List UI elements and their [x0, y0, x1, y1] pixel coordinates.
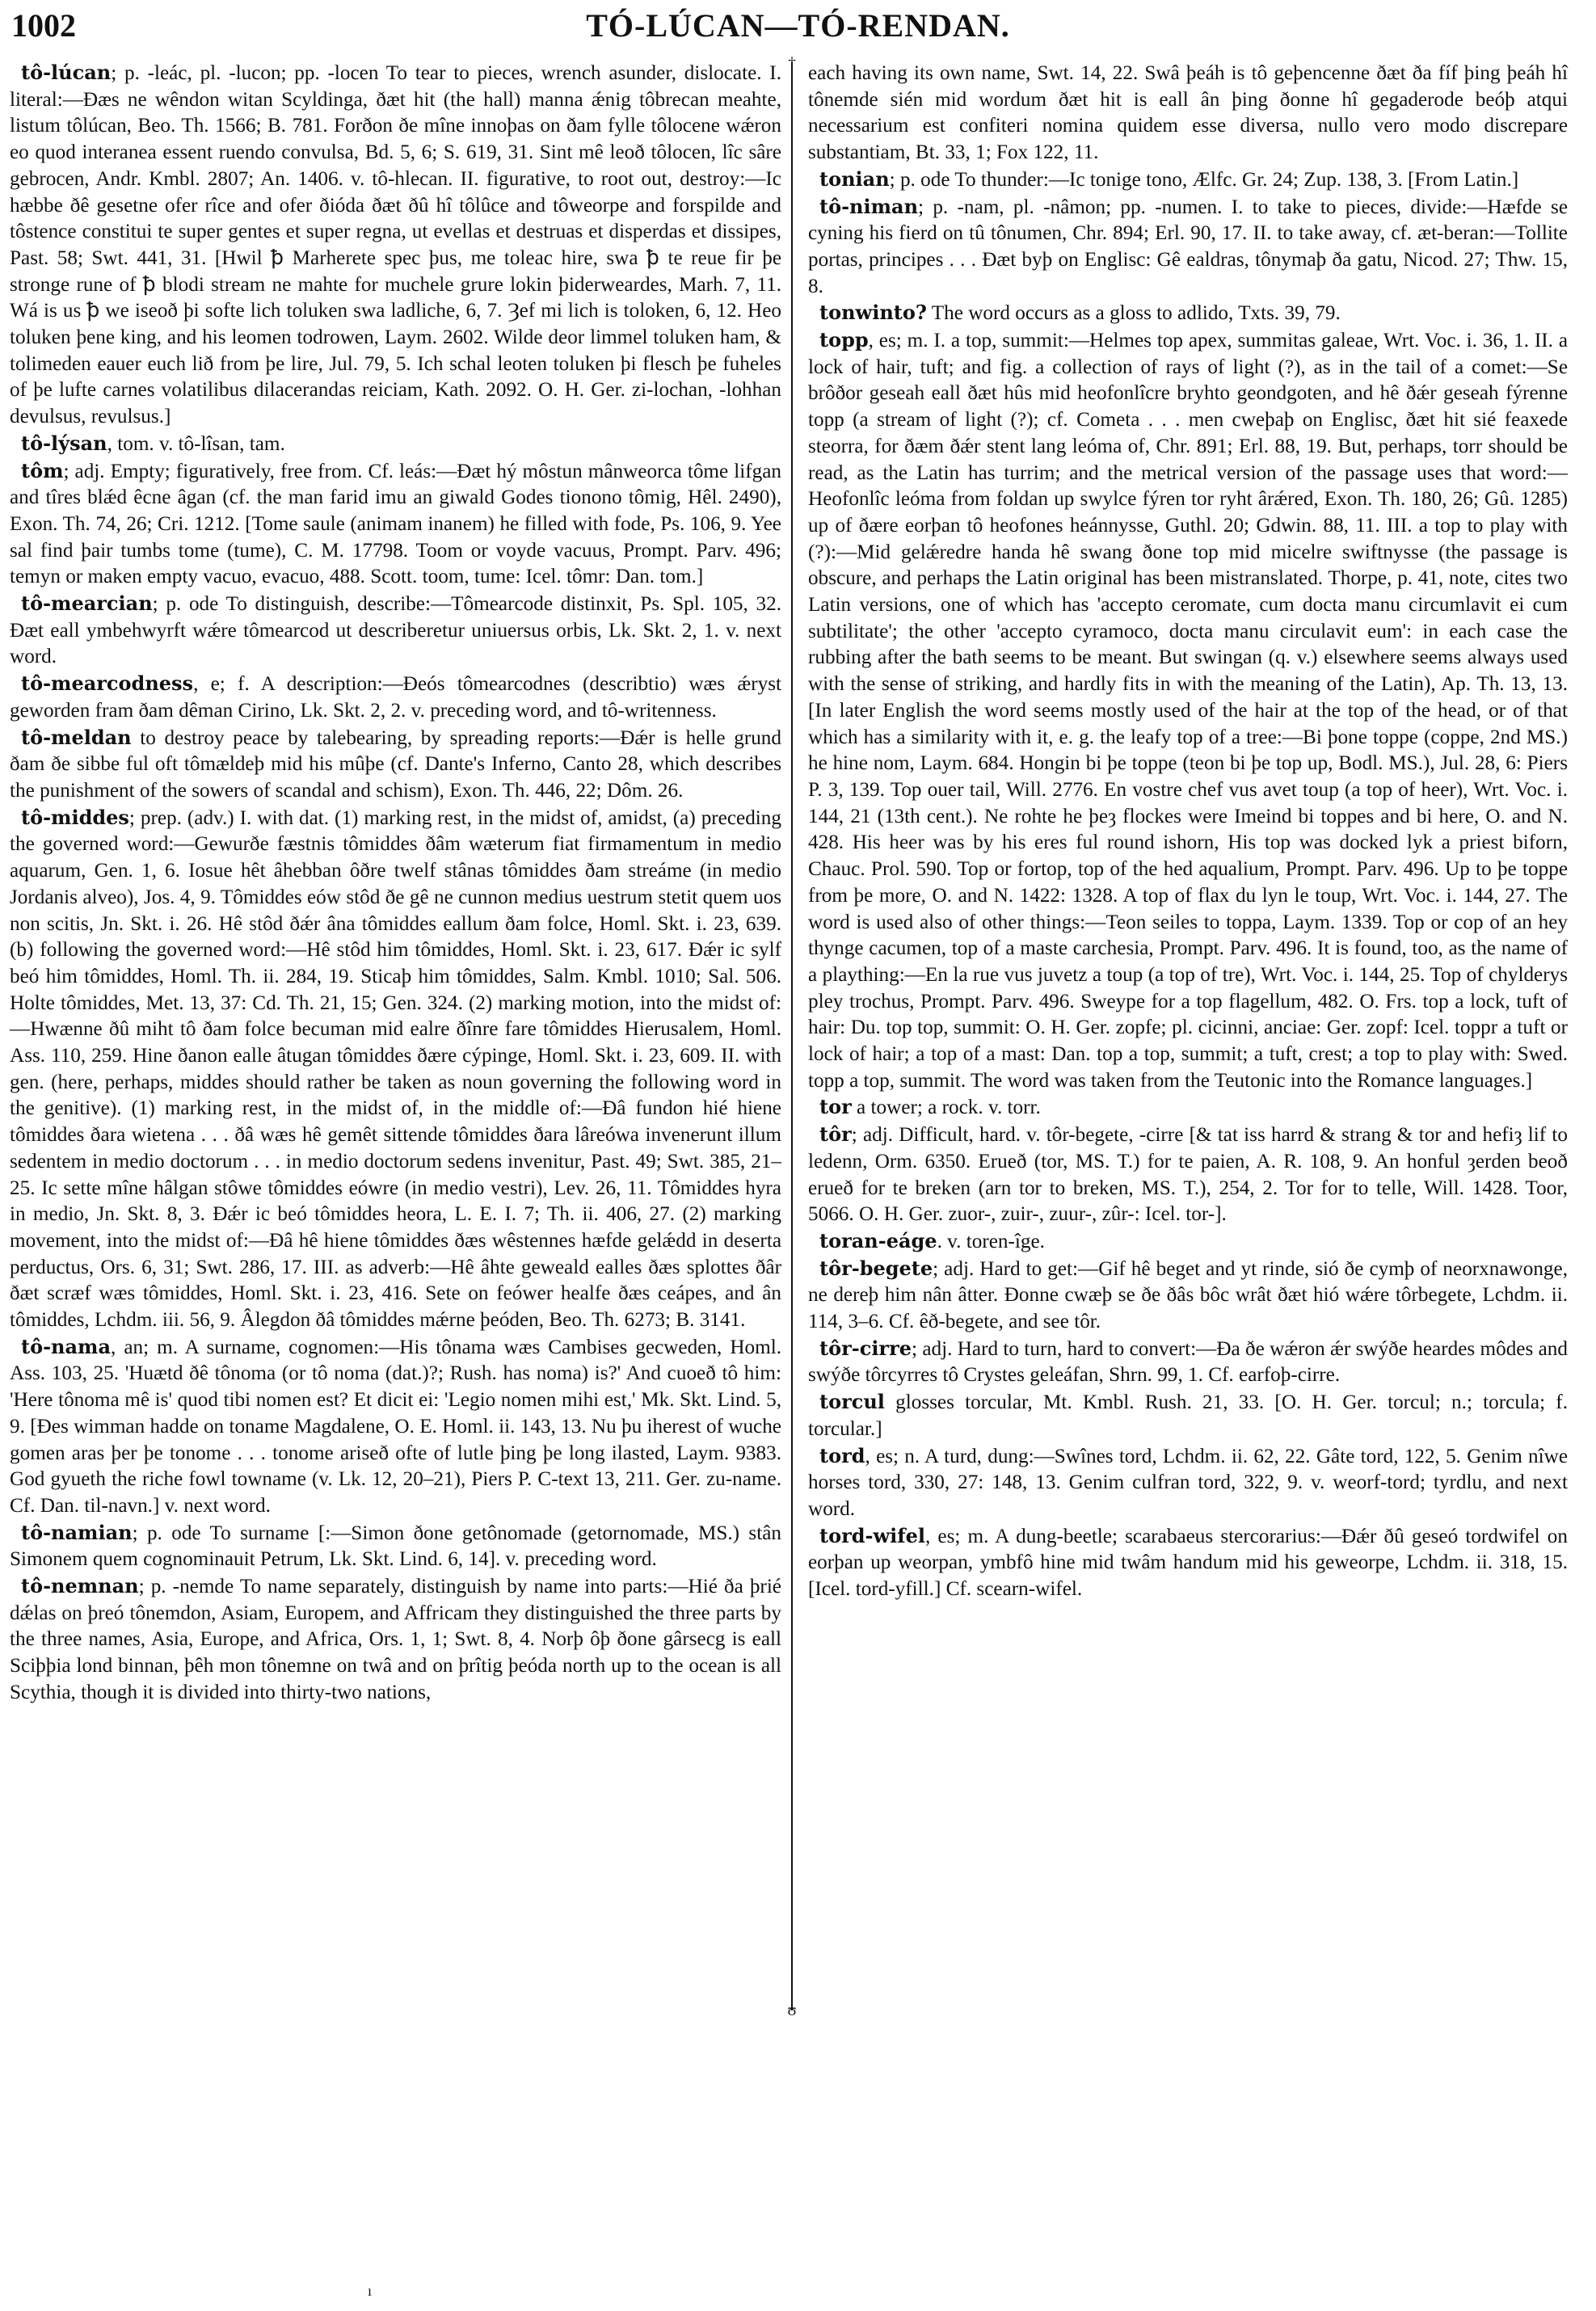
column-divider-bottom-ornament: ʊ — [784, 2002, 800, 2018]
headword: tô-mearcodness — [21, 671, 193, 695]
dictionary-entry: tor a tower; a rock. v. torr. — [808, 1094, 1568, 1122]
dictionary-entry: toran-eáge. v. toren-îge. — [808, 1228, 1568, 1256]
headword: tô-meldan — [21, 726, 132, 749]
headword: tô-mearcian — [21, 591, 153, 615]
dictionary-entry: tôm; adj. Empty; figuratively, free from… — [10, 458, 781, 591]
headword: tô-niman — [819, 195, 918, 218]
headword: topp — [819, 328, 869, 351]
headword: tonian — [819, 167, 890, 191]
dictionary-entry: tô-nemnan; p. -nemde To name separately,… — [10, 1573, 781, 1707]
dictionary-entry: tôr-begete; adj. Hard to get:—Gif hê beg… — [808, 1256, 1568, 1336]
column-divider — [791, 63, 793, 2010]
headword: tô-namian — [21, 1521, 133, 1544]
dictionary-entry: tôr-cirre; adj. Hard to turn, hard to co… — [808, 1336, 1568, 1389]
entry-body: a tower; a rock. v. torr. — [852, 1097, 1041, 1118]
headword: tô-nemnan — [21, 1574, 139, 1597]
dictionary-entry: tô-nama, an; m. A surname, cognomen:—His… — [10, 1334, 781, 1520]
headword: tonwinto? — [819, 301, 927, 324]
dictionary-entry: tôr; adj. Difficult, hard. v. tôr-begete… — [808, 1122, 1568, 1228]
right-column: each having its own name, Swt. 14, 22. S… — [808, 60, 1568, 1603]
dictionary-entry: topp, es; m. I. a top, summit:—Helmes to… — [808, 327, 1568, 1094]
dictionary-entry: tonwinto? The word occurs as a gloss to … — [808, 300, 1568, 327]
headword: tôm — [21, 459, 64, 482]
dictionary-entry: tô-namian; p. ode To surname [:—Simon ðo… — [10, 1520, 781, 1573]
entry-body: , es; m. I. a top, summit:—Helmes top ap… — [808, 330, 1568, 1092]
headword: toran-eáge — [819, 1229, 937, 1252]
entry-body: ; adj. Empty; figuratively, free from. C… — [10, 461, 781, 588]
entry-body: each having its own name, Swt. 14, 22. S… — [808, 62, 1568, 163]
entry-body: glosses torcular, Mt. Kmbl. Rush. 21, 33… — [808, 1391, 1568, 1440]
entry-body: ; p. ode To thunder:—Ic tonige tono, Ælf… — [890, 169, 1518, 191]
entry-body: ; p. -leác, pl. -lucon; pp. -locen To te… — [10, 62, 781, 427]
headword: tord — [819, 1444, 865, 1467]
headword: tô-nama — [21, 1335, 111, 1358]
headword: tô-middes — [21, 806, 129, 829]
left-column: tô-lúcan; p. -leác, pl. -lucon; pp. -loc… — [10, 60, 781, 1707]
dictionary-entry: tô-middes; prep. (adv.) I. with dat. (1)… — [10, 805, 781, 1334]
dictionary-entry: tord-wifel, es; m. A dung-beetle; scarab… — [808, 1523, 1568, 1603]
entry-body: ; p. -nam, pl. -nâmon; pp. -numen. I. to… — [808, 196, 1568, 297]
entry-body: . v. toren-îge. — [937, 1231, 1045, 1252]
dictionary-entry: tô-lúcan; p. -leác, pl. -lucon; pp. -loc… — [10, 60, 781, 431]
dictionary-entry: tonian; p. ode To thunder:—Ic tonige ton… — [808, 166, 1568, 194]
page-header: 1002 TÓ-LÚCAN—TÓ-RENDAN. — [0, 0, 1596, 48]
entry-body: ; adj. Difficult, hard. v. tôr-begete, -… — [808, 1124, 1568, 1225]
running-head: TÓ-LÚCAN—TÓ-RENDAN. — [0, 6, 1596, 44]
dictionary-entry: tô-meldan to destroy peace by talebearin… — [10, 725, 781, 805]
entry-body: , an; m. A surname, cognomen:—His tônama… — [10, 1337, 781, 1517]
entry-body: ; adj. Hard to turn, hard to convert:—Ða… — [808, 1338, 1568, 1387]
dictionary-entry: tô-lýsan, tom. v. tô-lîsan, tam. — [10, 431, 781, 458]
headword: tor — [819, 1095, 852, 1118]
entry-body: , es; n. A turd, dung:—Swînes tord, Lchd… — [808, 1446, 1568, 1520]
entry-body: , tom. v. tô-lîsan, tam. — [107, 433, 285, 455]
headword: tôr-begete — [819, 1257, 933, 1280]
headword: tôr — [819, 1122, 852, 1146]
dictionary-entry: torcul glosses torcular, Mt. Kmbl. Rush.… — [808, 1389, 1568, 1442]
headword: tôr-cirre — [819, 1337, 912, 1360]
headword: tô-lúcan — [21, 61, 111, 84]
dictionary-entry: tord, es; n. A turd, dung:—Swînes tord, … — [808, 1443, 1568, 1523]
dictionary-entry: tô-mearcodness, e; f. A description:—Ðeó… — [10, 671, 781, 724]
headword: tord-wifel — [819, 1524, 925, 1547]
headword: tô-lýsan — [21, 431, 107, 455]
entry-body: The word occurs as a gloss to adlido, Tx… — [927, 302, 1341, 324]
footer-mark: ı — [368, 2283, 372, 2300]
dictionary-entry: tô-niman; p. -nam, pl. -nâmon; pp. -nume… — [808, 194, 1568, 301]
entry-body: ; prep. (adv.) I. with dat. (1) marking … — [10, 807, 781, 1331]
dictionary-entry: tô-mearcian; p. ode To distinguish, desc… — [10, 591, 781, 671]
dictionary-entry-continuation: each having its own name, Swt. 14, 22. S… — [808, 60, 1568, 166]
headword: torcul — [819, 1390, 885, 1413]
